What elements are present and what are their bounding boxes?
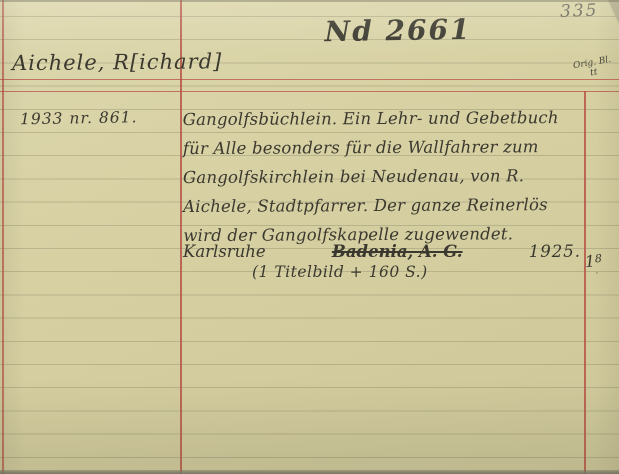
collation-note: (1 Titelbild + 160 S.)	[252, 263, 452, 281]
catalog-card: Nd 2661 335 Aichele, R[ichard] Orig. Bl.…	[0, 0, 619, 474]
margin-rule-left	[2, 0, 4, 474]
header-rule-bottom	[0, 91, 619, 92]
entry-text: Gangolfsbüchlein. Ein Lehr- und Gebetbuc…	[183, 103, 584, 250]
card-bottom-edge	[0, 470, 619, 474]
header-rule-top	[0, 79, 619, 80]
imprint-line: Karlsruhe Badenia, A. G. 1925.	[183, 242, 581, 261]
accession-number: 1933 nr. 861.	[20, 108, 170, 129]
call-number: Nd 2661	[318, 13, 479, 49]
price-note: 18 .	[584, 250, 618, 276]
entry-line: Aichele, Stadtpfarrer. Der ganze Reinerl…	[183, 190, 583, 221]
entry-line: Gangolfskirchlein bei Neudenau, von R.	[183, 161, 583, 192]
imprint-place: Karlsruhe	[183, 242, 266, 261]
entry-line: Gangolfsbüchlein. Ein Lehr- und Gebetbuc…	[183, 103, 583, 134]
imprint-year: 1925.	[529, 242, 581, 261]
origin-note: Orig. Bl. tt	[571, 55, 616, 82]
author-heading: Aichele, R[ichard]	[12, 49, 272, 75]
imprint-publisher: Badenia, A. G.	[332, 242, 463, 261]
price-mark: .	[595, 265, 618, 276]
card-corner-shadow	[599, 0, 619, 34]
card-top-edge	[0, 0, 619, 2]
price-superscript: 8	[594, 252, 602, 265]
margin-rule-right	[584, 91, 586, 474]
entry-line: für Alle besonders für die Wallfahrer zu…	[183, 132, 583, 163]
